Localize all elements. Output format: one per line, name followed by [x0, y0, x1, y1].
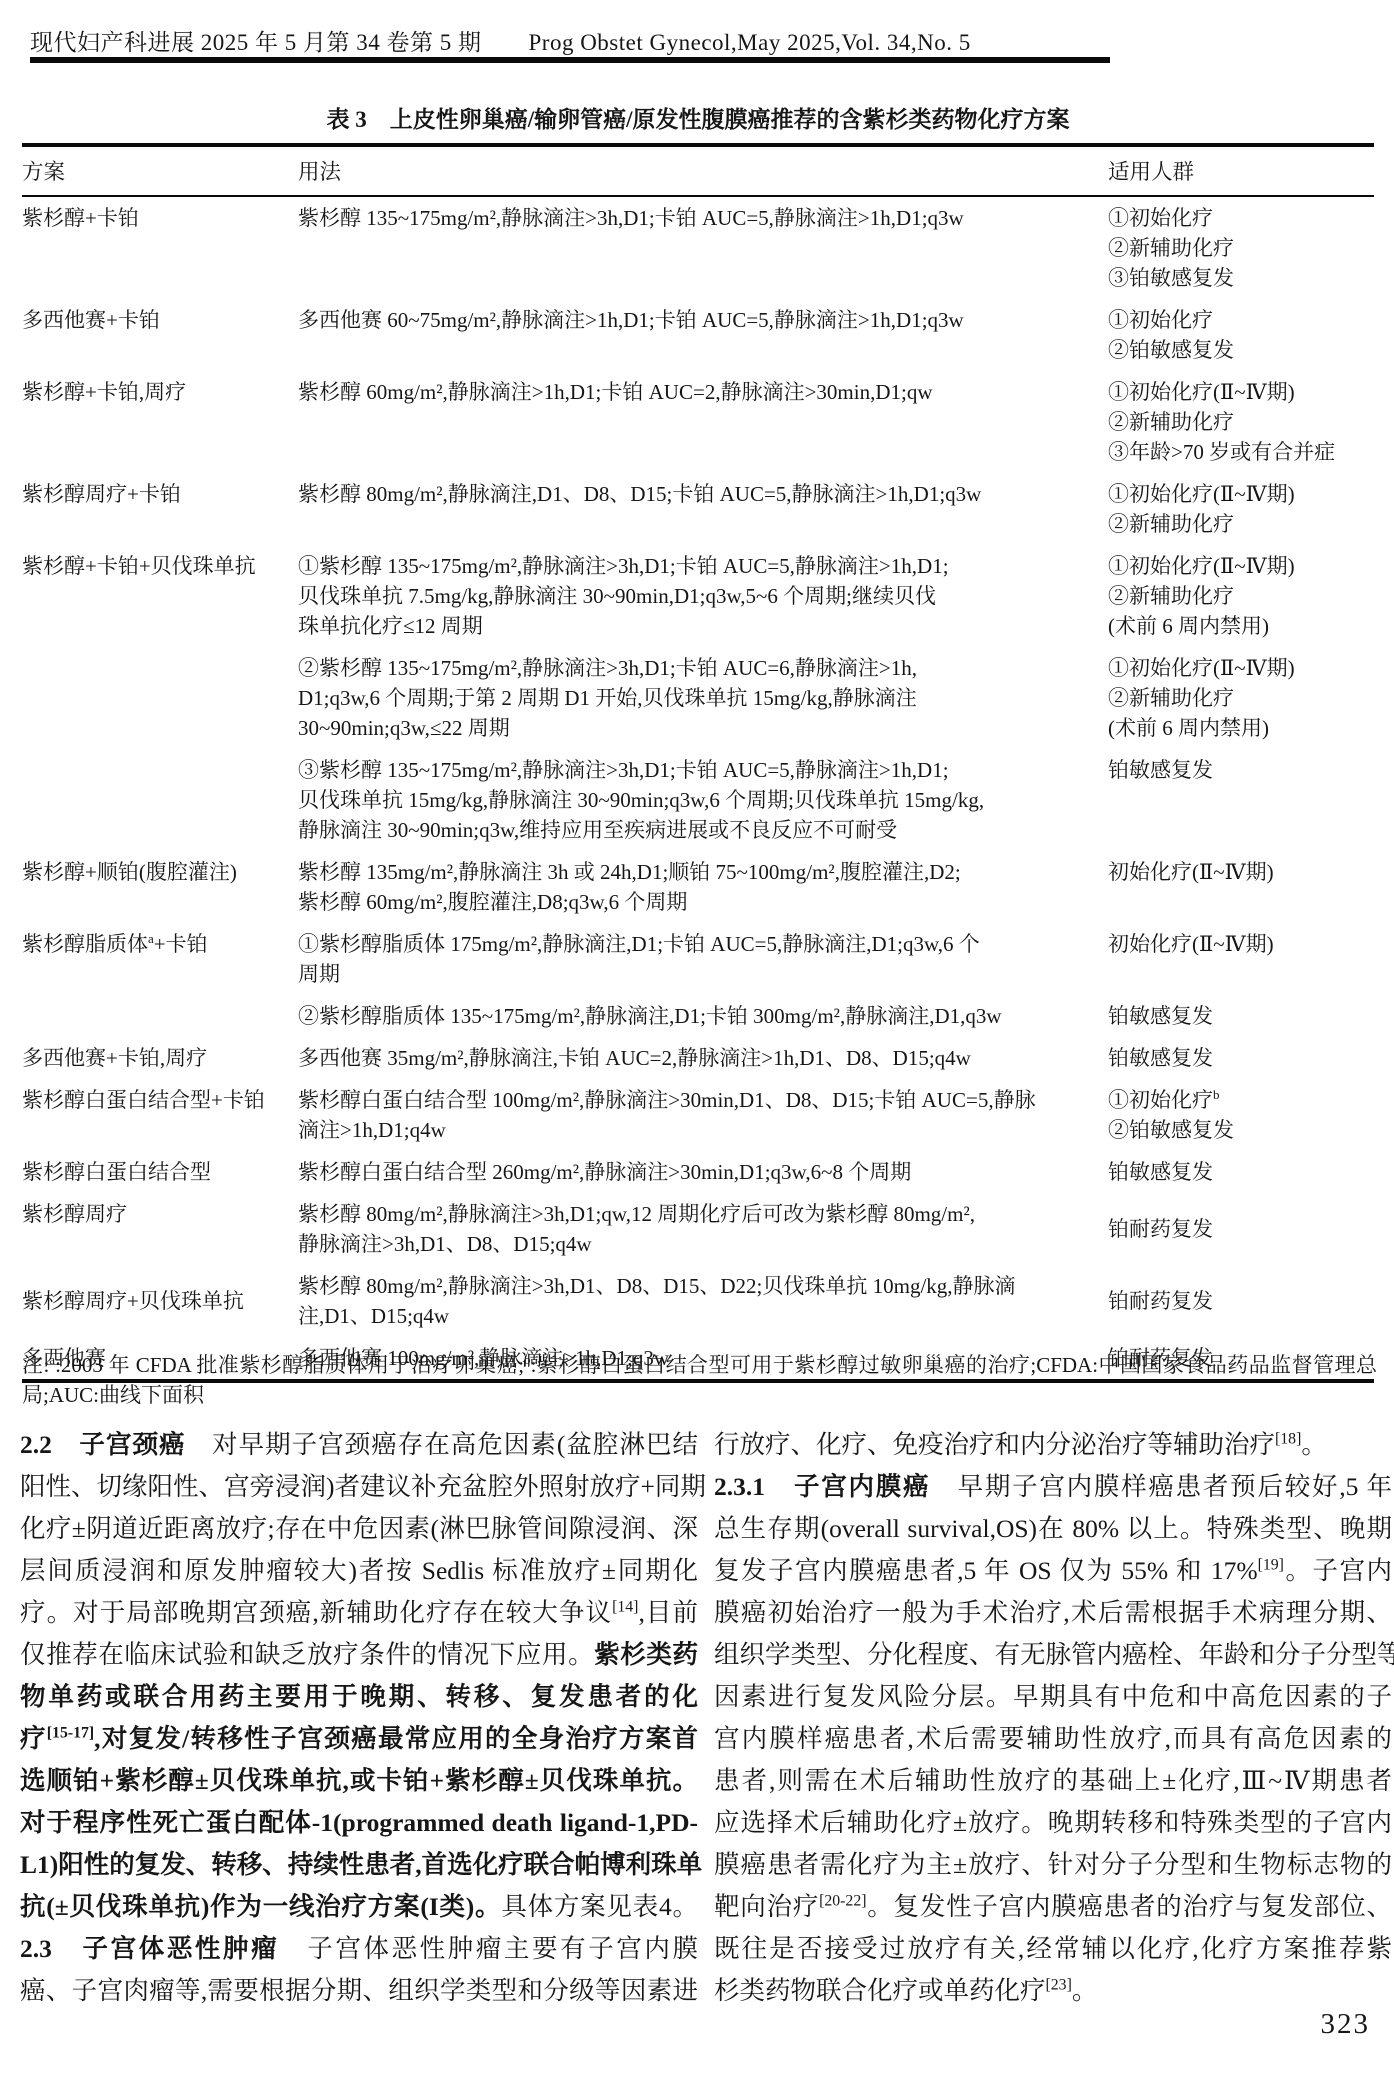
table-row: 紫杉醇周疗+卡铂紫杉醇 80mg/m²,静脉滴注,D1、D8、D15;卡铂 AU… — [22, 473, 1374, 545]
text-run: 紫杉醇 135~175mg/m²,静脉滴注>3h,D1;卡铂 AUC=5,静脉滴… — [298, 206, 964, 230]
text-run: [20-22] — [819, 1893, 866, 1910]
population-line: ②铂敏感复发 — [1108, 1115, 1374, 1145]
body-line: 因素进行复发风险分层。早期具有中危和中高危因素的子 — [714, 1676, 1392, 1718]
text-run: [18] — [1275, 1431, 1301, 1448]
body-line: 组织学类型、分化程度、有无脉管内癌栓、年龄和分子分型等 — [714, 1634, 1392, 1676]
text-run: 具体方案见表4。 — [501, 1892, 698, 1921]
usage-line: 多西他赛 60~75mg/m²,静脉滴注>1h,D1;卡铂 AUC=5,静脉滴注… — [298, 305, 1108, 335]
body-line: 宫内膜样癌患者,术后需要辅助性放疗,而具有高危因素的 — [714, 1718, 1392, 1760]
table-row: 紫杉醇+卡铂+贝伐珠单抗①紫杉醇 135~175mg/m²,静脉滴注>3h,D1… — [22, 545, 1374, 647]
table-row: ③紫杉醇 135~175mg/m²,静脉滴注>3h,D1;卡铂 AUC=5,静脉… — [22, 749, 1374, 851]
text-run: ②新辅助化疗 — [1108, 410, 1234, 434]
body-line: 抗(±贝伐珠单抗)作为一线治疗方案(I类)。具体方案见表4。 — [20, 1886, 698, 1928]
text-run: 紫杉醇+卡铂+贝伐珠单抗 — [22, 554, 256, 578]
table-row: ②紫杉醇脂质体 135~175mg/m²,静脉滴注,D1;卡铂 300mg/m²… — [22, 995, 1374, 1037]
population-line: ①初始化疗 — [1108, 203, 1374, 233]
scheme-label: 紫杉醇白蛋白结合型 — [22, 1157, 298, 1187]
page-number: 323 — [1230, 2008, 1370, 2041]
text-run: ③铂敏感复发 — [1108, 266, 1234, 290]
text-run: 膜癌患者需化疗为主±放疗、针对分子分型和生物标志物的 — [714, 1850, 1392, 1879]
scheme-label: 紫杉醇周疗+卡铂 — [22, 479, 298, 509]
text-run: 行放疗、化疗、免疫治疗和内分泌治疗等辅助治疗 — [714, 1430, 1275, 1459]
text-run: ①紫杉醇 135~175mg/m²,静脉滴注>3h,D1;卡铂 AUC=5,静脉… — [298, 554, 949, 578]
text-run: 。 — [1072, 1976, 1098, 2005]
text-run: 对于程序性死亡蛋白配体-1(programmed death ligand-1,… — [20, 1808, 698, 1837]
text-run: L1)阳性的复发、转移、持续性患者,首选化疗联合帕博利珠单 — [20, 1850, 702, 1879]
scheme-cell: 多西他赛+卡铂,周疗 — [22, 1043, 298, 1073]
table-row: 多西他赛+卡铂,周疗多西他赛 35mg/m²,静脉滴注,卡铂 AUC=2,静脉滴… — [22, 1037, 1374, 1079]
text-run: 杉类药物联合化疗或单药化疗 — [714, 1976, 1046, 2005]
text-run: 注,D1、D15;q4w — [298, 1304, 449, 1328]
text-run: 。 — [1301, 1430, 1327, 1459]
scheme-cell — [22, 653, 298, 743]
text-run: 静脉滴注>3h,D1、D8、D15;q4w — [298, 1232, 592, 1256]
text-run: 早期子宫内膜样癌患者预后较好,5 年 — [930, 1472, 1392, 1501]
text-run: 膜癌初始治疗一般为手术治疗,术后需根据手术病理分期、 — [714, 1598, 1392, 1627]
population-cell: 铂敏感复发 — [1108, 755, 1374, 845]
text-run: ②新辅助化疗 — [1108, 584, 1234, 608]
text-run: 对早期子宫颈癌存在高危因素(盆腔淋巴结 — [186, 1430, 698, 1459]
population-line: ①初始化疗(Ⅱ~Ⅳ期) — [1108, 551, 1374, 581]
population-line: ③年龄>70 岁或有合并症 — [1108, 437, 1374, 467]
text-run: ①初始化疗(Ⅱ~Ⅳ期) — [1108, 482, 1295, 506]
page: { "page": { "journal_header": "现代妇产科进展 2… — [0, 0, 1394, 2081]
usage-line: 紫杉醇白蛋白结合型 100mg/m²,静脉滴注>30min,D1、D8、D15;… — [298, 1085, 1108, 1115]
usage-line: 紫杉醇 80mg/m²,静脉滴注>3h,D1、D8、D15、D22;贝伐珠单抗 … — [298, 1271, 1108, 1301]
table-body: 紫杉醇+卡铂紫杉醇 135~175mg/m²,静脉滴注>3h,D1;卡铂 AUC… — [22, 197, 1374, 1379]
text-run: 紫杉醇白蛋白结合型 260mg/m²,静脉滴注>30min,D1;q3w,6~8… — [298, 1160, 911, 1184]
body-line: 物单药或联合用药主要用于晚期、转移、复发患者的化 — [20, 1676, 698, 1718]
body-line: 层间质浸润和原发肿瘤较大)者按 Sedlis 标准放疗±同期化 — [20, 1550, 698, 1592]
population-cell: 铂耐药复发 — [1108, 1199, 1374, 1259]
scheme-label: 紫杉醇+顺铂(腹腔灌注) — [22, 857, 298, 887]
text-run: 紫杉醇 135mg/m²,静脉滴注 3h 或 24h,D1;顺铂 75~100m… — [298, 860, 961, 884]
journal-header: 现代妇产科进展 2025 年 5 月第 34 卷第 5 期 Prog Obste… — [30, 24, 971, 57]
population-line: 铂敏感复发 — [1108, 755, 1374, 785]
text-run: [19] — [1258, 1557, 1284, 1574]
table-3: 表 3 上皮性卵巢癌/输卵管癌/原发性腹膜癌推荐的含紫杉类药物化疗方案 方案 用… — [22, 101, 1374, 1383]
usage-line: 静脉滴注>3h,D1、D8、D15;q4w — [298, 1229, 1108, 1259]
table-row: 紫杉醇脂质体a+卡铂①紫杉醇脂质体 175mg/m²,静脉滴注,D1;卡铂 AU… — [22, 923, 1374, 995]
usage-line: 紫杉醇 80mg/m²,静脉滴注,D1、D8、D15;卡铂 AUC=5,静脉滴注… — [298, 479, 1108, 509]
text-run: 2.3 子宫体恶性肿瘤 — [20, 1934, 279, 1963]
text-run: ①初始化疗 — [1108, 308, 1213, 332]
text-run: 靶向治疗 — [714, 1892, 819, 1921]
usage-line: 紫杉醇 135mg/m²,静脉滴注 3h 或 24h,D1;顺铂 75~100m… — [298, 857, 1108, 887]
body-line: 膜癌患者需化疗为主±放疗、针对分子分型和生物标志物的 — [714, 1844, 1392, 1886]
text-run: 疗。对于局部晚期宫颈癌,新辅助化疗存在较大争议 — [20, 1598, 612, 1627]
text-run: 注: — [22, 1353, 49, 1377]
population-line: ②新辅助化疗 — [1108, 407, 1374, 437]
table-row: 紫杉醇白蛋白结合型紫杉醇白蛋白结合型 260mg/m²,静脉滴注>30min,D… — [22, 1151, 1374, 1193]
usage-cell: 紫杉醇 80mg/m²,静脉滴注>3h,D1;qw,12 周期化疗后可改为紫杉醇… — [298, 1199, 1108, 1259]
scheme-cell: 紫杉醇+卡铂+贝伐珠单抗 — [22, 551, 298, 641]
scheme-label: 紫杉醇脂质体a+卡铂 — [22, 929, 298, 959]
population-line: 铂耐药复发 — [1108, 1214, 1374, 1244]
usage-line: 紫杉醇 80mg/m²,静脉滴注>3h,D1;qw,12 周期化疗后可改为紫杉醇… — [298, 1199, 1108, 1229]
usage-line: 注,D1、D15;q4w — [298, 1301, 1108, 1331]
text-run: [14] — [612, 1599, 638, 1616]
usage-line: ①紫杉醇脂质体 175mg/m²,静脉滴注,D1;卡铂 AUC=5,静脉滴注,D… — [298, 929, 1108, 959]
population-cell: 初始化疗(Ⅱ~Ⅳ期) — [1108, 857, 1374, 917]
text-run: ③年龄>70 岁或有合并症 — [1108, 440, 1335, 464]
text-run: 30~90min;q3w,≤22 周期 — [298, 716, 510, 740]
text-run: 贝伐珠单抗 7.5mg/kg,静脉滴注 30~90min,D1;q3w,5~6 … — [298, 584, 936, 608]
usage-line: ③紫杉醇 135~175mg/m²,静脉滴注>3h,D1;卡铂 AUC=5,静脉… — [298, 755, 1108, 785]
population-line: ①初始化疗 — [1108, 305, 1374, 335]
text-run: 因素进行复发风险分层。早期具有中危和中高危因素的子 — [714, 1682, 1392, 1711]
population-line: ①初始化疗(Ⅱ~Ⅳ期) — [1108, 479, 1374, 509]
scheme-cell: 紫杉醇周疗 — [22, 1199, 298, 1259]
body-line: 选顺铂+紫杉醇±贝伐珠单抗,或卡铂+紫杉醇±贝伐珠单抗。 — [20, 1760, 698, 1802]
scheme-cell: 紫杉醇脂质体a+卡铂 — [22, 929, 298, 989]
scheme-cell: 紫杉醇周疗+贝伐珠单抗 — [22, 1271, 298, 1331]
population-line: ②新辅助化疗 — [1108, 509, 1374, 539]
text-run: 初始化疗(Ⅱ~Ⅳ期) — [1108, 860, 1274, 884]
text-run: 应选择术后辅助化疗±放疗。晚期转移和特殊类型的子宫内 — [714, 1808, 1392, 1837]
population-line: ②新辅助化疗 — [1108, 581, 1374, 611]
text-run: 多西他赛+卡铂 — [22, 308, 160, 332]
population-cell: 初始化疗(Ⅱ~Ⅳ期) — [1108, 929, 1374, 989]
population-cell: ①初始化疗②新辅助化疗③铂敏感复发 — [1108, 203, 1374, 293]
body-line: 2.3.1 子宫内膜癌 早期子宫内膜样癌患者预后较好,5 年 — [714, 1466, 1392, 1508]
body-line: 既往是否接受过放疗有关,经常辅以化疗,化疗方案推荐紫 — [714, 1928, 1392, 1970]
text-run: ,目前 — [638, 1598, 698, 1627]
body-line: 行放疗、化疗、免疫治疗和内分泌治疗等辅助治疗[18]。 — [714, 1424, 1392, 1466]
body-left-column: 2.2 子宫颈癌 对早期子宫颈癌存在高危因素(盆腔淋巴结阳性、切缘阳性、宫旁浸润… — [20, 1424, 698, 2012]
text-run: ①初始化疗(Ⅱ~Ⅳ期) — [1108, 380, 1295, 404]
text-run: ①初始化疗(Ⅱ~Ⅳ期) — [1108, 656, 1295, 680]
table-row: 多西他赛+卡铂多西他赛 60~75mg/m²,静脉滴注>1h,D1;卡铂 AUC… — [22, 299, 1374, 371]
usage-line: 珠单抗化疗≤12 周期 — [298, 611, 1108, 641]
text-run: 总生存期(overall survival,OS)在 80% 以上。特殊类型、晚… — [714, 1514, 1392, 1543]
population-line: ②新辅助化疗 — [1108, 233, 1374, 263]
usage-cell: 多西他赛 60~75mg/m²,静脉滴注>1h,D1;卡铂 AUC=5,静脉滴注… — [298, 305, 1108, 365]
usage-cell: ②紫杉醇脂质体 135~175mg/m²,静脉滴注,D1;卡铂 300mg/m²… — [298, 1001, 1108, 1031]
scheme-cell: 紫杉醇+卡铂 — [22, 203, 298, 293]
population-cell: ①初始化疗(Ⅱ~Ⅳ期)②新辅助化疗 — [1108, 479, 1374, 539]
text-run: 层间质浸润和原发肿瘤较大)者按 Sedlis 标准放疗±同期化 — [20, 1556, 698, 1585]
usage-line: 周期 — [298, 959, 1108, 989]
text-run: 铂耐药复发 — [1108, 1217, 1213, 1241]
usage-cell: ③紫杉醇 135~175mg/m²,静脉滴注>3h,D1;卡铂 AUC=5,静脉… — [298, 755, 1108, 845]
text-run: 紫杉醇 80mg/m²,静脉滴注,D1、D8、D15;卡铂 AUC=5,静脉滴注… — [298, 482, 981, 506]
scheme-label: 紫杉醇周疗 — [22, 1199, 298, 1229]
body-line: 总生存期(overall survival,OS)在 80% 以上。特殊类型、晚… — [714, 1508, 1392, 1550]
population-line: ②铂敏感复发 — [1108, 335, 1374, 365]
text-run: 2.3.1 子宫内膜癌 — [714, 1472, 930, 1501]
scheme-label: 紫杉醇+卡铂,周疗 — [22, 377, 298, 407]
body-line: 对于程序性死亡蛋白配体-1(programmed death ligand-1,… — [20, 1802, 698, 1844]
text-run: 多西他赛 35mg/m²,静脉滴注,卡铂 AUC=2,静脉滴注>1h,D1、D8… — [298, 1046, 971, 1070]
usage-line: ②紫杉醇脂质体 135~175mg/m²,静脉滴注,D1;卡铂 300mg/m²… — [298, 1001, 1108, 1031]
body-line: 癌、子宫肉瘤等,需要根据分期、组织学类型和分级等因素进 — [20, 1970, 698, 2012]
usage-cell: 紫杉醇 80mg/m²,静脉滴注,D1、D8、D15;卡铂 AUC=5,静脉滴注… — [298, 479, 1108, 539]
text-run: :2003 年 CFDA 批准紫杉醇脂质体用于治疗卵巢癌; — [55, 1353, 524, 1377]
text-run: 紫杉醇周疗+卡铂 — [22, 482, 181, 506]
text-run: 滴注>1h,D1;q4w — [298, 1118, 446, 1142]
text-run: 紫杉醇 60mg/m²,腹腔灌注,D8;q3w,6 个周期 — [298, 890, 687, 914]
text-run: ②紫杉醇脂质体 135~175mg/m²,静脉滴注,D1;卡铂 300mg/m²… — [298, 1004, 1002, 1028]
usage-cell: 紫杉醇白蛋白结合型 100mg/m²,静脉滴注>30min,D1、D8、D15;… — [298, 1085, 1108, 1145]
text-run: 铂敏感复发 — [1108, 758, 1213, 782]
text-run: ②新辅助化疗 — [1108, 236, 1234, 260]
body-line: 杉类药物联合化疗或单药化疗[23]。 — [714, 1970, 1392, 2012]
scheme-label: 紫杉醇周疗+贝伐珠单抗 — [22, 1286, 298, 1316]
usage-line: 多西他赛 35mg/m²,静脉滴注,卡铂 AUC=2,静脉滴注>1h,D1、D8… — [298, 1043, 1108, 1073]
body-line: 膜癌初始治疗一般为手术治疗,术后需根据手术病理分期、 — [714, 1592, 1392, 1634]
text-run: ②铂敏感复发 — [1108, 338, 1234, 362]
usage-line: 紫杉醇白蛋白结合型 260mg/m²,静脉滴注>30min,D1;q3w,6~8… — [298, 1157, 1108, 1187]
table-row: 紫杉醇周疗紫杉醇 80mg/m²,静脉滴注>3h,D1;qw,12 周期化疗后可… — [22, 1193, 1374, 1265]
table-row: 紫杉醇+卡铂紫杉醇 135~175mg/m²,静脉滴注>3h,D1;卡铂 AUC… — [22, 197, 1374, 299]
text-run: ①紫杉醇脂质体 175mg/m²,静脉滴注,D1;卡铂 AUC=5,静脉滴注,D… — [298, 932, 980, 956]
population-line: 初始化疗(Ⅱ~Ⅳ期) — [1108, 857, 1374, 887]
usage-line: 紫杉醇 60mg/m²,腹腔灌注,D8;q3w,6 个周期 — [298, 887, 1108, 917]
text-run: 紫杉醇 80mg/m²,静脉滴注>3h,D1;qw,12 周期化疗后可改为紫杉醇… — [298, 1202, 975, 1226]
text-run: 患者,则需在术后辅助性放疗的基础上±化疗,Ⅲ~Ⅳ期患者 — [714, 1766, 1392, 1795]
scheme-label: 多西他赛+卡铂,周疗 — [22, 1043, 298, 1073]
text-run: 疗 — [20, 1724, 47, 1753]
scheme-cell: 紫杉醇白蛋白结合型 — [22, 1157, 298, 1187]
text-run: 。复发性子宫内膜癌患者的治疗与复发部位、 — [867, 1892, 1392, 1921]
population-line: (术前 6 周内禁用) — [1108, 713, 1374, 743]
text-run: 铂耐药复发 — [1108, 1289, 1213, 1313]
usage-cell: 紫杉醇 135~175mg/m²,静脉滴注>3h,D1;卡铂 AUC=5,静脉滴… — [298, 203, 1108, 293]
text-run: ①初始化疗 — [1108, 206, 1213, 230]
body-line: 应选择术后辅助化疗±放疗。晚期转移和特殊类型的子宫内 — [714, 1802, 1392, 1844]
table-row: 紫杉醇+顺铂(腹腔灌注)紫杉醇 135mg/m²,静脉滴注 3h 或 24h,D… — [22, 851, 1374, 923]
body-line: L1)阳性的复发、转移、持续性患者,首选化疗联合帕博利珠单 — [20, 1844, 698, 1886]
population-line: 铂敏感复发 — [1108, 1157, 1374, 1187]
scheme-label: 紫杉醇白蛋白结合型+卡铂 — [22, 1085, 298, 1115]
scheme-label: 紫杉醇+卡铂 — [22, 203, 298, 233]
text-run: 紫杉醇+卡铂 — [22, 206, 139, 230]
usage-cell: ①紫杉醇 135~175mg/m²,静脉滴注>3h,D1;卡铂 AUC=5,静脉… — [298, 551, 1108, 641]
column-header-scheme: 方案 — [22, 155, 298, 186]
text-run: ①初始化疗 — [1108, 1088, 1213, 1112]
text-run: 紫杉醇 60mg/m²,静脉滴注>1h,D1;卡铂 AUC=2,静脉滴注>30m… — [298, 380, 933, 404]
text-run: 既往是否接受过放疗有关,经常辅以化疗,化疗方案推荐紫 — [714, 1934, 1392, 1963]
usage-line: ①紫杉醇 135~175mg/m²,静脉滴注>3h,D1;卡铂 AUC=5,静脉… — [298, 551, 1108, 581]
body-line: 2.2 子宫颈癌 对早期子宫颈癌存在高危因素(盆腔淋巴结 — [20, 1424, 698, 1466]
population-line: 铂耐药复发 — [1108, 1286, 1374, 1316]
table: 方案 用法 适用人群 紫杉醇+卡铂紫杉醇 135~175mg/m²,静脉滴注>3… — [22, 143, 1374, 1383]
text-run: 紫杉醇白蛋白结合型+卡铂 — [22, 1088, 265, 1112]
usage-cell: 紫杉醇 60mg/m²,静脉滴注>1h,D1;卡铂 AUC=2,静脉滴注>30m… — [298, 377, 1108, 467]
text-run: 周期 — [298, 962, 340, 986]
text-run: ③紫杉醇 135~175mg/m²,静脉滴注>3h,D1;卡铂 AUC=5,静脉… — [298, 758, 949, 782]
text-run: +卡铂 — [154, 932, 208, 956]
scheme-cell: 多西他赛+卡铂 — [22, 305, 298, 365]
population-cell: ①初始化疗②铂敏感复发 — [1108, 305, 1374, 365]
text-run: 多西他赛+卡铂,周疗 — [22, 1046, 207, 1070]
usage-cell: 紫杉醇白蛋白结合型 260mg/m²,静脉滴注>30min,D1;q3w,6~8… — [298, 1157, 1108, 1187]
population-cell: ①初始化疗(Ⅱ~Ⅳ期)②新辅助化疗(术前 6 周内禁用) — [1108, 653, 1374, 743]
body-line: 阳性、切缘阳性、宫旁浸润)者建议补充盆腔外照射放疗+同期 — [20, 1466, 698, 1508]
population-line: ②新辅助化疗 — [1108, 683, 1374, 713]
text-run: 紫杉类药 — [594, 1640, 698, 1669]
usage-line: 30~90min;q3w,≤22 周期 — [298, 713, 1108, 743]
population-cell: ①初始化疗b②铂敏感复发 — [1108, 1085, 1374, 1145]
table-row: ②紫杉醇 135~175mg/m²,静脉滴注>3h,D1;卡铂 AUC=6,静脉… — [22, 647, 1374, 749]
text-run: (术前 6 周内禁用) — [1108, 716, 1269, 740]
scheme-cell — [22, 755, 298, 845]
text-run: 紫杉醇+顺铂(腹腔灌注) — [22, 860, 237, 884]
text-run: [15-17] — [47, 1725, 94, 1742]
body-line: 疗。对于局部晚期宫颈癌,新辅助化疗存在较大争议[14],目前 — [20, 1592, 698, 1634]
usage-cell: 多西他赛 35mg/m²,静脉滴注,卡铂 AUC=2,静脉滴注>1h,D1、D8… — [298, 1043, 1108, 1073]
text-run: 物单药或联合用药主要用于晚期、转移、复发患者的化 — [20, 1682, 698, 1711]
usage-line: 贝伐珠单抗 15mg/kg,静脉滴注 30~90min;q3w,6 个周期;贝伐… — [298, 785, 1108, 815]
usage-line: 紫杉醇 135~175mg/m²,静脉滴注>3h,D1;卡铂 AUC=5,静脉滴… — [298, 203, 1108, 233]
population-line: ①初始化疗(Ⅱ~Ⅳ期) — [1108, 653, 1374, 683]
population-cell: ①初始化疗(Ⅱ~Ⅳ期)②新辅助化疗(术前 6 周内禁用) — [1108, 551, 1374, 641]
text-run: 2.2 子宫颈癌 — [20, 1430, 186, 1459]
population-line: ③铂敏感复发 — [1108, 263, 1374, 293]
body-line: 2.3 子宫体恶性肿瘤 子宫体恶性肿瘤主要有子宫内膜 — [20, 1928, 698, 1970]
text-run: 铂敏感复发 — [1108, 1046, 1213, 1070]
text-run: [23] — [1046, 1977, 1072, 1994]
usage-line: 滴注>1h,D1;q4w — [298, 1115, 1108, 1145]
text-run: 紫杉醇白蛋白结合型 — [22, 1160, 211, 1184]
usage-line: 贝伐珠单抗 7.5mg/kg,静脉滴注 30~90min,D1;q3w,5~6 … — [298, 581, 1108, 611]
text-run: 化疗±阴道近距离放疗;存在中危因素(淋巴脉管间隙浸润、深 — [20, 1514, 698, 1543]
body-line: 化疗±阴道近距离放疗;存在中危因素(淋巴脉管间隙浸润、深 — [20, 1508, 698, 1550]
column-header-population: 适用人群 — [1108, 155, 1374, 186]
text-run: 宫内膜样癌患者,术后需要辅助性放疗,而具有高危因素的 — [714, 1724, 1392, 1753]
usage-cell: ①紫杉醇脂质体 175mg/m²,静脉滴注,D1;卡铂 AUC=5,静脉滴注,D… — [298, 929, 1108, 989]
population-line: 铂敏感复发 — [1108, 1043, 1374, 1073]
text-run: 紫杉醇白蛋白结合型 100mg/m²,静脉滴注>30min,D1、D8、D15;… — [298, 1088, 1036, 1112]
table-row: 紫杉醇周疗+贝伐珠单抗紫杉醇 80mg/m²,静脉滴注>3h,D1、D8、D15… — [22, 1265, 1374, 1337]
scheme-cell: 紫杉醇+顺铂(腹腔灌注) — [22, 857, 298, 917]
population-cell: 铂耐药复发 — [1108, 1271, 1374, 1331]
scheme-label: 多西他赛+卡铂 — [22, 305, 298, 335]
text-run: (术前 6 周内禁用) — [1108, 614, 1269, 638]
text-run: 紫杉醇 80mg/m²,静脉滴注>3h,D1、D8、D15、D22;贝伐珠单抗 … — [298, 1274, 1016, 1298]
table-footnote: 注:a:2003 年 CFDA 批准紫杉醇脂质体用于治疗卵巢癌;b:紫杉醇白蛋白… — [22, 1350, 1377, 1410]
text-run: 子宫体恶性肿瘤主要有子宫内膜 — [279, 1934, 698, 1963]
text-run: 初始化疗(Ⅱ~Ⅳ期) — [1108, 932, 1274, 956]
text-run: 铂敏感复发 — [1108, 1160, 1213, 1184]
body-line: 复发子宫内膜癌患者,5 年 OS 仅为 55% 和 17%[19]。子宫内 — [714, 1550, 1392, 1592]
scheme-cell: 紫杉醇+卡铂,周疗 — [22, 377, 298, 467]
table-header-row: 方案 用法 适用人群 — [22, 147, 1374, 197]
population-cell: 铂敏感复发 — [1108, 1157, 1374, 1187]
text-run: ②铂敏感复发 — [1108, 1118, 1234, 1142]
usage-cell: 紫杉醇 135mg/m²,静脉滴注 3h 或 24h,D1;顺铂 75~100m… — [298, 857, 1108, 917]
population-line: 初始化疗(Ⅱ~Ⅳ期) — [1108, 929, 1374, 959]
text-run: 多西他赛 60~75mg/m²,静脉滴注>1h,D1;卡铂 AUC=5,静脉滴注… — [298, 308, 964, 332]
usage-line: 静脉滴注 30~90min;q3w,维持应用至疾病进展或不良反应不可耐受 — [298, 815, 1108, 845]
body-line: 患者,则需在术后辅助性放疗的基础上±化疗,Ⅲ~Ⅳ期患者 — [714, 1760, 1392, 1802]
text-run: 阳性、切缘阳性、宫旁浸润)者建议补充盆腔外照射放疗+同期 — [20, 1472, 706, 1501]
text-run: 紫杉醇周疗 — [22, 1202, 127, 1226]
table-row: 紫杉醇+卡铂,周疗紫杉醇 60mg/m²,静脉滴注>1h,D1;卡铂 AUC=2… — [22, 371, 1374, 473]
population-line: ①初始化疗b — [1108, 1085, 1374, 1115]
scheme-cell — [22, 1001, 298, 1031]
column-header-usage: 用法 — [298, 155, 1108, 186]
population-cell: ①初始化疗(Ⅱ~Ⅳ期)②新辅助化疗③年龄>70 岁或有合并症 — [1108, 377, 1374, 467]
population-cell: 铂敏感复发 — [1108, 1043, 1374, 1073]
text-run: 仅推荐在临床试验和缺乏放疗条件的情况下应用。 — [20, 1640, 594, 1669]
header-rule — [30, 57, 1110, 63]
usage-cell: 紫杉醇 80mg/m²,静脉滴注>3h,D1、D8、D15、D22;贝伐珠单抗 … — [298, 1271, 1108, 1331]
population-line: ①初始化疗(Ⅱ~Ⅳ期) — [1108, 377, 1374, 407]
text-run: 复发子宫内膜癌患者,5 年 OS 仅为 55% 和 17% — [714, 1556, 1258, 1585]
text-run: ②新辅助化疗 — [1108, 686, 1234, 710]
text-run: 紫杉醇脂质体 — [22, 932, 148, 956]
text-run: ②紫杉醇 135~175mg/m²,静脉滴注>3h,D1;卡铂 AUC=6,静脉… — [298, 656, 917, 680]
body-right-column: 行放疗、化疗、免疫治疗和内分泌治疗等辅助治疗[18]。2.3.1 子宫内膜癌 早… — [714, 1424, 1392, 2012]
usage-line: ②紫杉醇 135~175mg/m²,静脉滴注>3h,D1;卡铂 AUC=6,静脉… — [298, 653, 1108, 683]
body-line: 疗[15-17],对复发/转移性子宫颈癌最常应用的全身治疗方案首 — [20, 1718, 698, 1760]
usage-cell: ②紫杉醇 135~175mg/m²,静脉滴注>3h,D1;卡铂 AUC=6,静脉… — [298, 653, 1108, 743]
text-run: ,对复发/转移性子宫颈癌最常应用的全身治疗方案首 — [94, 1724, 698, 1753]
text-run: D1;q3w,6 个周期;于第 2 周期 D1 开始,贝伐珠单抗 15mg/kg… — [298, 686, 917, 710]
text-run: 组织学类型、分化程度、有无脉管内癌栓、年龄和分子分型等 — [714, 1640, 1394, 1669]
body-line: 靶向治疗[20-22]。复发性子宫内膜癌患者的治疗与复发部位、 — [714, 1886, 1392, 1928]
population-line: 铂敏感复发 — [1108, 1001, 1374, 1031]
usage-line: 紫杉醇 60mg/m²,静脉滴注>1h,D1;卡铂 AUC=2,静脉滴注>30m… — [298, 377, 1108, 407]
scheme-cell: 紫杉醇周疗+卡铂 — [22, 479, 298, 539]
text-run: 癌、子宫肉瘤等,需要根据分期、组织学类型和分级等因素进 — [20, 1976, 698, 2005]
text-run: 选顺铂+紫杉醇±贝伐珠单抗,或卡铂+紫杉醇±贝伐珠单抗。 — [20, 1766, 698, 1795]
text-run: 抗(±贝伐珠单抗)作为一线治疗方案(I类)。 — [20, 1892, 501, 1921]
usage-line: D1;q3w,6 个周期;于第 2 周期 D1 开始,贝伐珠单抗 15mg/kg… — [298, 683, 1108, 713]
scheme-cell: 紫杉醇白蛋白结合型+卡铂 — [22, 1085, 298, 1145]
text-run: ①初始化疗(Ⅱ~Ⅳ期) — [1108, 554, 1295, 578]
scheme-label: 紫杉醇+卡铂+贝伐珠单抗 — [22, 551, 298, 581]
table-row: 紫杉醇白蛋白结合型+卡铂紫杉醇白蛋白结合型 100mg/m²,静脉滴注>30mi… — [22, 1079, 1374, 1151]
text-run: 。子宫内 — [1284, 1556, 1392, 1585]
text-run: 静脉滴注 30~90min;q3w,维持应用至疾病进展或不良反应不可耐受 — [298, 818, 897, 842]
text-run: ②新辅助化疗 — [1108, 512, 1234, 536]
text-run: 贝伐珠单抗 15mg/kg,静脉滴注 30~90min;q3w,6 个周期;贝伐… — [298, 788, 984, 812]
text-run: 紫杉醇周疗+贝伐珠单抗 — [22, 1289, 244, 1313]
population-line: (术前 6 周内禁用) — [1108, 611, 1374, 641]
population-cell: 铂敏感复发 — [1108, 1001, 1374, 1031]
text-run: 珠单抗化疗≤12 周期 — [298, 614, 483, 638]
text-run: b — [1213, 1087, 1220, 1102]
text-run: 铂敏感复发 — [1108, 1004, 1213, 1028]
text-run: 紫杉醇+卡铂,周疗 — [22, 380, 186, 404]
table-title: 表 3 上皮性卵巢癌/输卵管癌/原发性腹膜癌推荐的含紫杉类药物化疗方案 — [22, 101, 1374, 134]
body-line: 仅推荐在临床试验和缺乏放疗条件的情况下应用。紫杉类药 — [20, 1634, 698, 1676]
